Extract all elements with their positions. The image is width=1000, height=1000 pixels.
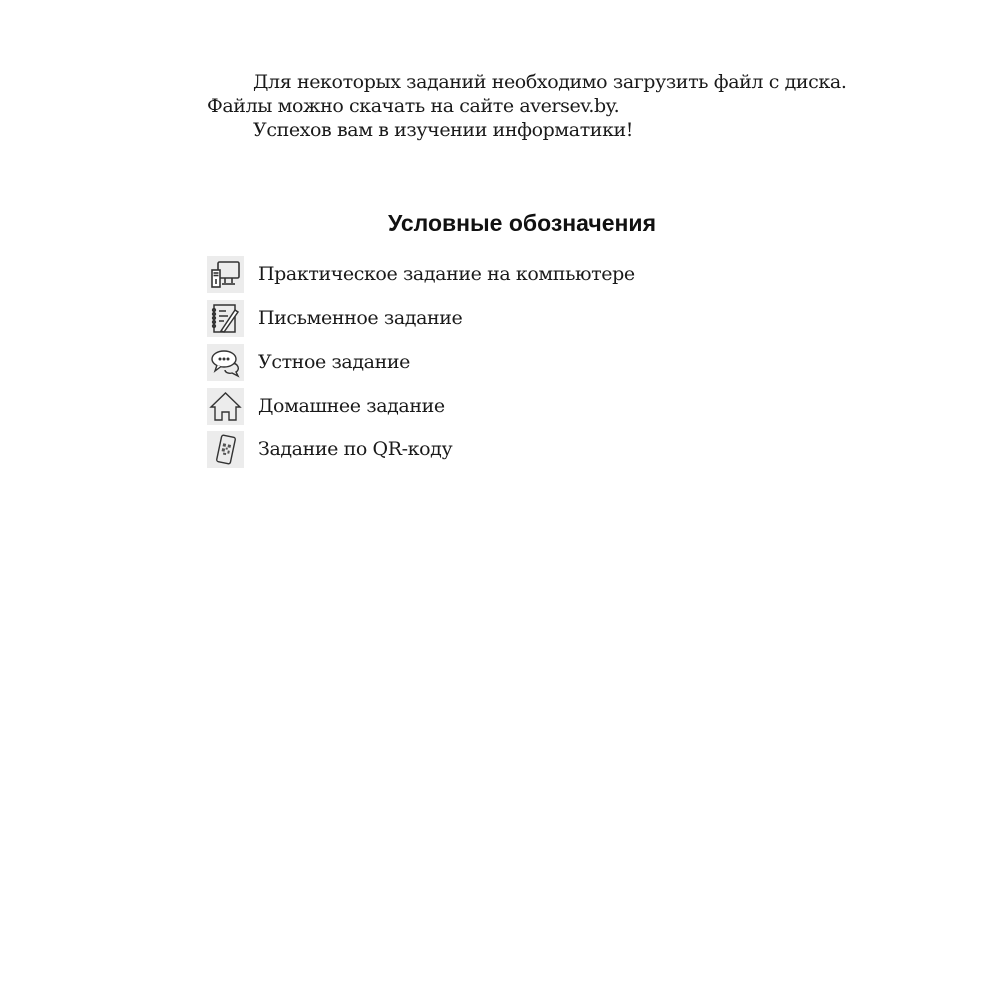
notebook-pen-icon	[207, 300, 244, 337]
legend-item-written: Письменное задание	[207, 299, 462, 337]
legend-label: Практическое задание на компьютере	[258, 263, 635, 285]
speech-bubbles-icon	[207, 344, 244, 381]
legend-title: Условные обозначения	[0, 210, 1000, 237]
house-icon	[207, 388, 244, 425]
legend-label: Письменное задание	[258, 307, 462, 329]
legend-label: Задание по QR-коду	[258, 438, 452, 460]
intro-line-1: Для некоторых заданий необходимо загрузи…	[253, 70, 846, 94]
computer-icon	[207, 256, 244, 293]
intro-line-3: Успехов вам в изучении информатики!	[253, 118, 633, 142]
legend-item-computer: Практическое задание на компьютере	[207, 255, 635, 293]
legend-item-qr: Задание по QR-коду	[207, 430, 452, 468]
legend-item-oral: Устное задание	[207, 343, 410, 381]
legend-label: Устное задание	[258, 351, 410, 373]
legend-item-homework: Домашнее задание	[207, 387, 445, 425]
intro-line-2: Файлы можно скачать на сайте aversev.by.	[207, 94, 619, 118]
phone-qr-icon	[207, 431, 244, 468]
legend-label: Домашнее задание	[258, 395, 445, 417]
